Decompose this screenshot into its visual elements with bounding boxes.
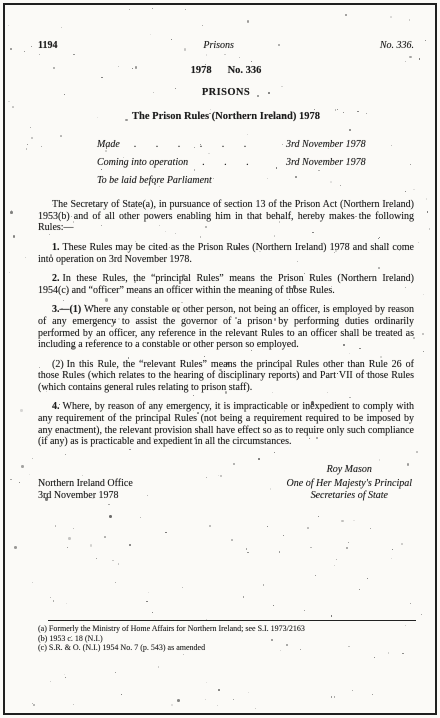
rule-subnumber: (2) — [52, 359, 64, 370]
dot-leader: . . . . . . — [120, 139, 286, 151]
docket-row-operation: Coming into operation . . . 3rd November… — [97, 157, 394, 169]
signature-date: 3rd November 1978 — [38, 490, 133, 502]
rule-paragraph-3-2: (2)In this Rule, the “relevant Rules” me… — [38, 359, 414, 394]
page-number: 1194 — [38, 40, 57, 52]
rule-text: In these Rules, the “principal Rules” me… — [38, 273, 414, 296]
si-year-number: 1978No. 336 — [38, 65, 414, 77]
docket-label: To be laid before Parliament — [97, 175, 212, 187]
si-number: No. 336 — [228, 65, 262, 76]
rule-text: In this Rule, the “relevant Rules” means… — [38, 359, 414, 393]
signature-right: Roy Mason One of Her Majesty's Principal… — [287, 464, 414, 502]
rule-text: Where any constable or other person, not… — [38, 304, 414, 350]
signature-block: Northern Ireland Office 3rd November 197… — [38, 464, 414, 502]
signatory-title-line1: One of Her Majesty's Principal — [287, 478, 412, 490]
subject-heading: PRISONS — [38, 87, 414, 99]
rule-number: 1. — [52, 242, 60, 253]
rule-number: 4. — [52, 401, 60, 412]
signatory-name: Roy Mason — [287, 464, 412, 476]
document-content: 1194 Prisons No. 336. 1978No. 336 PRISON… — [0, 0, 440, 502]
si-year: 1978 — [191, 65, 212, 76]
office-name: Northern Ireland Office — [38, 478, 133, 490]
footnote-a: (a) Formerly the Ministry of Home Affair… — [38, 624, 416, 634]
document-title: The Prison Rules (Northern Ireland) 1978 — [38, 111, 414, 123]
page-header: 1194 Prisons No. 336. — [38, 40, 414, 52]
rule-paragraph-3-1: 3.—(1)Where any constable or other perso… — [38, 304, 414, 350]
docket-label: Coming into operation — [97, 157, 188, 169]
footnotes-block: (a) Formerly the Ministry of Home Affair… — [38, 620, 416, 653]
docket-date: 3rd November 1978 — [286, 139, 394, 151]
header-issue-number: No. 336. — [380, 40, 414, 52]
signature-left: Northern Ireland Office 3rd November 197… — [38, 478, 133, 502]
signatory-title-line2: Secretaries of State — [287, 490, 412, 502]
docket-date: 3rd November 1978 — [286, 157, 394, 169]
docket-row-made: Made . . . . . . 3rd November 1978 — [97, 139, 394, 151]
footnote-rule — [48, 620, 416, 621]
dot-leader: . . . — [188, 157, 286, 169]
docket-label: Made — [97, 139, 120, 151]
rule-paragraph-2: 2.In these Rules, the “principal Rules” … — [38, 273, 414, 296]
footnote-b: (b) 1953 c. 18 (N.I.) — [38, 634, 416, 644]
docket-row-parliament: To be laid before Parliament — [97, 175, 394, 187]
rule-number: 2. — [52, 273, 60, 284]
document-page: 1194 Prisons No. 336. 1978No. 336 PRISON… — [0, 0, 440, 718]
rule-paragraph-1: 1.These Rules may be cited as the Prison… — [38, 242, 414, 265]
preamble-paragraph: The Secretary of State(a), in pursuance … — [38, 199, 414, 234]
running-title: Prisons — [57, 40, 379, 52]
footnote-c: (c) S.R. & O. (N.I.) 1954 No. 7 (p. 543)… — [38, 643, 416, 653]
rule-number: 3.—(1) — [52, 304, 81, 315]
rule-text: Where, by reason of any emergency, it is… — [38, 401, 414, 447]
docket-block: Made . . . . . . 3rd November 1978 Comin… — [38, 139, 414, 186]
body-text: The Secretary of State(a), in pursuance … — [38, 199, 414, 448]
rule-text: These Rules may be cited as the Prison R… — [38, 242, 414, 265]
rule-paragraph-4: 4.Where, by reason of any emergency, it … — [38, 401, 414, 447]
